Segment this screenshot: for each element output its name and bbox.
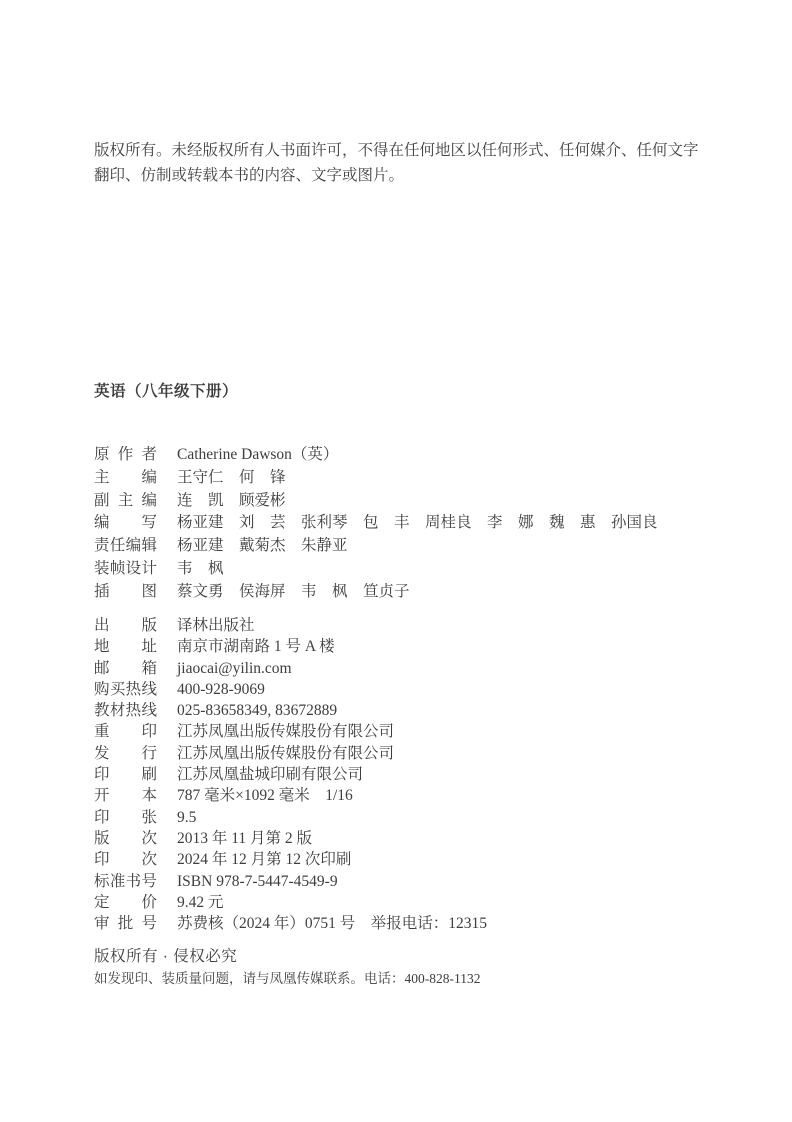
copyright-notice-line1: 版权所有。未经版权所有人书面许可，不得在任何地区以任何形式、任何媒介、任何文字 xyxy=(94,138,734,163)
field-label: 购买热线 xyxy=(94,679,157,700)
copyright-notice-line2: 翻印、仿制或转载本书的内容、文字或图片。 xyxy=(94,163,734,188)
field-value: 杨亚建 戴菊杰 朱静亚 xyxy=(177,535,348,558)
field-label: 定价 xyxy=(94,892,157,913)
field-value: 王守仁 何 锋 xyxy=(177,467,286,490)
colophon-page: 版权所有。未经版权所有人书面许可，不得在任何地区以任何形式、任何媒介、任何文字 … xyxy=(0,0,792,1122)
field-label: 邮箱 xyxy=(94,658,157,679)
publishing-row-email: 邮箱 jiaocai@yilin.com xyxy=(94,658,487,679)
field-value: 韦 枫 xyxy=(177,558,224,581)
field-label: 编写 xyxy=(94,512,157,535)
publishing-info-list: 出版 译林出版社 地址 南京市湖南路 1 号 A 楼 邮箱 jiaocai@yi… xyxy=(94,615,487,934)
field-label: 责任编辑 xyxy=(94,535,157,558)
field-value: 译林出版社 xyxy=(177,615,255,636)
credits-row-illustrations: 插图 蔡文勇 侯海屏 韦 枫 笪贞子 xyxy=(94,581,658,604)
field-value: 787 毫米×1092 毫米 1/16 xyxy=(177,785,353,806)
publishing-row-printer: 印刷 江苏凤凰盐城印刷有限公司 xyxy=(94,764,487,785)
field-value: 2024 年 12 月第 12 次印刷 xyxy=(177,849,351,870)
credits-row-original-author: 原作者 Catherine Dawson（英） xyxy=(94,444,658,467)
publishing-row-sheets: 印张 9.5 xyxy=(94,807,487,828)
publishing-row-textbook-hotline: 教材热线 025-83658349, 83672889 xyxy=(94,700,487,721)
field-value: 连 凯 顾爱彬 xyxy=(177,490,286,513)
field-label: 地址 xyxy=(94,636,157,657)
publishing-row-edition: 版次 2013 年 11 月第 2 版 xyxy=(94,828,487,849)
field-value: 江苏凤凰出版传媒股份有限公司 xyxy=(177,743,394,764)
field-label: 教材热线 xyxy=(94,700,157,721)
credits-row-deputy-editor: 副主编 连 凯 顾爱彬 xyxy=(94,490,658,513)
publishing-row-distribution: 发行 江苏凤凰出版传媒股份有限公司 xyxy=(94,743,487,764)
field-value: 9.42 元 xyxy=(177,892,224,913)
field-label: 标准书号 xyxy=(94,871,157,892)
field-label: 印刷 xyxy=(94,764,157,785)
field-value: jiaocai@yilin.com xyxy=(177,658,292,679)
field-label: 版次 xyxy=(94,828,157,849)
quality-contact-line: 如发现印、装质量问题，请与凤凰传媒联系。电话：400-828-1132 xyxy=(94,969,481,988)
field-label: 印次 xyxy=(94,849,157,870)
field-label: 出版 xyxy=(94,615,157,636)
credits-row-responsible-editors: 责任编辑 杨亚建 戴菊杰 朱静亚 xyxy=(94,535,658,558)
field-label: 开本 xyxy=(94,785,157,806)
field-value: ISBN 978-7-5447-4549-9 xyxy=(177,871,338,892)
field-label: 插图 xyxy=(94,581,157,604)
book-title: 英语（八年级下册） xyxy=(94,381,238,403)
field-label: 原作者 xyxy=(94,444,157,467)
publishing-row-reprint: 重印 江苏凤凰出版传媒股份有限公司 xyxy=(94,721,487,742)
field-label: 重印 xyxy=(94,721,157,742)
publishing-row-isbn: 标准书号 ISBN 978-7-5447-4549-9 xyxy=(94,871,487,892)
field-label: 审批号 xyxy=(94,913,157,934)
field-value: 400-928-9069 xyxy=(177,679,265,700)
copyright-statement: 版权所有 · 侵权必究 xyxy=(94,946,237,968)
field-label: 印张 xyxy=(94,807,157,828)
publishing-row-purchase-hotline: 购买热线 400-928-9069 xyxy=(94,679,487,700)
publishing-row-publisher: 出版 译林出版社 xyxy=(94,615,487,636)
field-value: 9.5 xyxy=(177,807,196,828)
copyright-notice: 版权所有。未经版权所有人书面许可，不得在任何地区以任何形式、任何媒介、任何文字 … xyxy=(94,138,734,188)
field-label: 装帧设计 xyxy=(94,558,157,581)
field-value: 江苏凤凰出版传媒股份有限公司 xyxy=(177,721,394,742)
field-value: 蔡文勇 侯海屏 韦 枫 笪贞子 xyxy=(177,581,410,604)
field-label: 副主编 xyxy=(94,490,157,513)
publishing-row-format: 开本 787 毫米×1092 毫米 1/16 xyxy=(94,785,487,806)
publishing-row-address: 地址 南京市湖南路 1 号 A 楼 xyxy=(94,636,487,657)
field-value: 025-83658349, 83672889 xyxy=(177,700,337,721)
field-label: 发行 xyxy=(94,743,157,764)
publishing-row-price: 定价 9.42 元 xyxy=(94,892,487,913)
credits-row-design: 装帧设计 韦 枫 xyxy=(94,558,658,581)
credits-row-chief-editor: 主编 王守仁 何 锋 xyxy=(94,467,658,490)
field-value: 2013 年 11 月第 2 版 xyxy=(177,828,312,849)
credits-list: 原作者 Catherine Dawson（英） 主编 王守仁 何 锋 副主编 连… xyxy=(94,444,658,604)
publishing-row-approval-number: 审批号 苏费核（2024 年）0751 号 举报电话：12315 xyxy=(94,913,487,934)
publishing-row-impression: 印次 2024 年 12 月第 12 次印刷 xyxy=(94,849,487,870)
field-value: 江苏凤凰盐城印刷有限公司 xyxy=(177,764,363,785)
field-label: 主编 xyxy=(94,467,157,490)
field-value: 南京市湖南路 1 号 A 楼 xyxy=(177,636,335,657)
field-value: 苏费核（2024 年）0751 号 举报电话：12315 xyxy=(177,913,487,934)
credits-row-writers: 编写 杨亚建 刘 芸 张利琴 包 丰 周桂良 李 娜 魏 惠 孙国良 xyxy=(94,512,658,535)
field-value: 杨亚建 刘 芸 张利琴 包 丰 周桂良 李 娜 魏 惠 孙国良 xyxy=(177,512,658,535)
field-value: Catherine Dawson（英） xyxy=(177,444,338,467)
